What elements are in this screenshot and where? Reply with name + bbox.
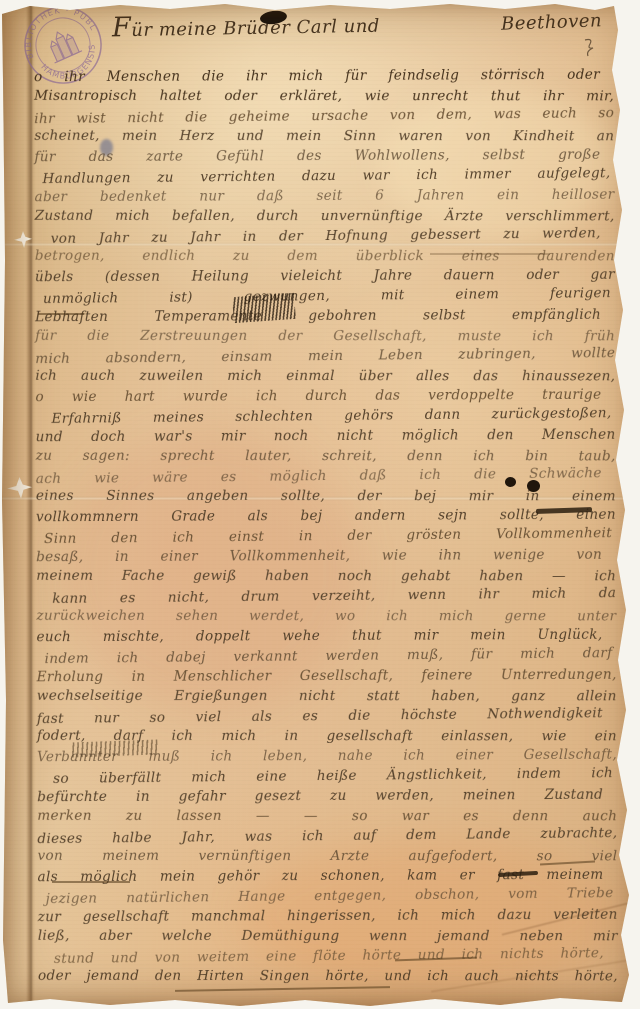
manuscript-line: ich auch zuweilen mich einmal über alles… bbox=[35, 366, 615, 387]
manuscript-line: oder jemand den Hirten Singen hörte, und… bbox=[38, 966, 618, 987]
scribbled-out-word bbox=[70, 739, 158, 757]
manuscript-line: scheinet, mein Herz und mein Sinn waren … bbox=[34, 126, 614, 147]
heading-name-text: Beethoven bbox=[501, 10, 603, 35]
underline-stroke bbox=[52, 881, 130, 883]
scribbled-out-word bbox=[232, 293, 296, 323]
paper-sheet: BIBLIOTHEK · PUBL HAMBURGENSIS Für mein bbox=[0, 0, 640, 1009]
manuscript-line: von meinem vernünftigen Arzte aufgefoder… bbox=[37, 846, 617, 867]
manuscript-line: o ihr Menschen die ihr mich für feindsel… bbox=[34, 65, 614, 88]
ink-dot bbox=[505, 477, 516, 487]
manuscript-line: besaß, in einer Vollkommenheit, wie ihn … bbox=[36, 545, 616, 568]
manuscript-lines: o ihr Menschen die ihr mich für feindsel… bbox=[34, 65, 618, 988]
heading-dedication-text: Für meine Brüder Carl und bbox=[112, 8, 380, 44]
scan-background-margin bbox=[628, 0, 640, 1009]
pen-flourish-mark bbox=[582, 38, 596, 58]
underline-stroke bbox=[38, 313, 84, 315]
scanned-manuscript-page: BIBLIOTHEK · PUBL HAMBURGENSIS Für mein bbox=[0, 0, 640, 1009]
manuscript-line: zurückweichen sehen werdet, wo ich mich … bbox=[36, 606, 616, 627]
manuscript-line: betrogen, endlich zu dem überblick eines… bbox=[35, 246, 615, 267]
manuscript-heading: Für meine Brüder Carl und Beethoven bbox=[112, 8, 620, 48]
underline-stroke bbox=[175, 986, 390, 992]
ink-speck bbox=[93, 1, 102, 7]
hamburg-castle-emblem-icon bbox=[44, 26, 82, 63]
ink-dot bbox=[527, 480, 540, 492]
underline-stroke bbox=[430, 253, 550, 255]
manuscript-line: aber bedenket nur daß seit 6 Jahren ein … bbox=[35, 185, 615, 208]
